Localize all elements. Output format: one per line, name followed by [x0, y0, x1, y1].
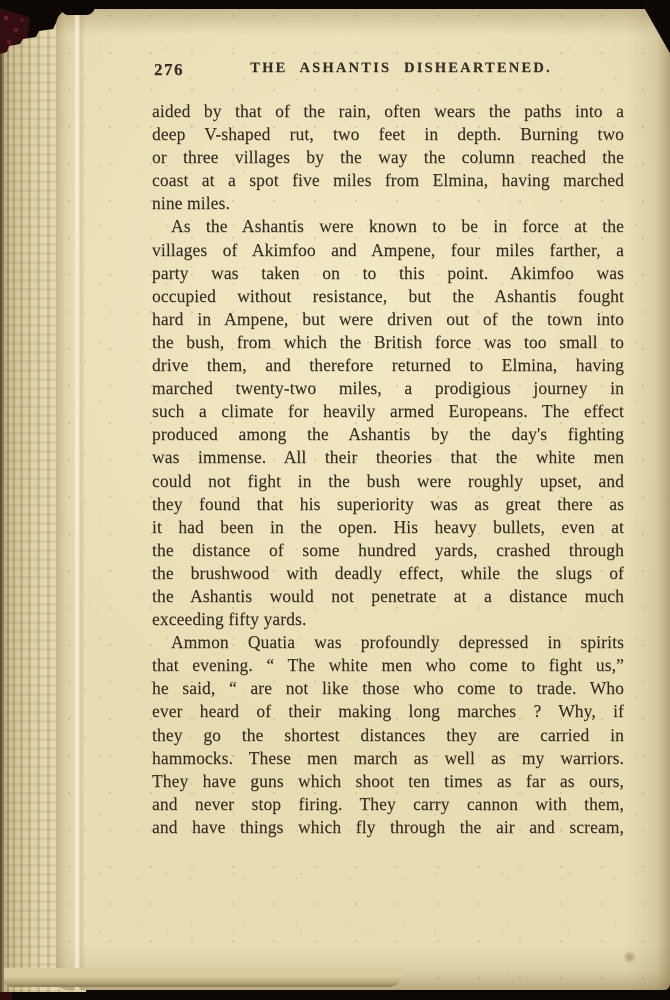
text-line: coast at a spot five miles from Elmina, … [152, 169, 624, 192]
text-line: that evening. “ The white men who come t… [152, 654, 624, 677]
text-line: or three villages by the way the column … [152, 146, 624, 169]
text-line: marched twenty-two miles, a prodigious j… [152, 377, 624, 400]
text-line: the distance of some hundred yards, cras… [152, 539, 624, 562]
body-text: aided by that of the rain, often wears t… [152, 100, 624, 839]
text-line: occupied without resistance, but the Ash… [152, 285, 624, 308]
text-line: the bush, from which the British force w… [152, 331, 624, 354]
text-line: they go the shortest distances they are … [152, 724, 624, 747]
bottom-page-edges [4, 968, 404, 987]
text-line: produced among the Ashantis by the day's… [152, 423, 624, 446]
scanned-book-photo: 276 THE ASHANTIS DISHEARTENED. aided by … [0, 0, 670, 1000]
text-line: and have things which fly through the ai… [152, 816, 624, 839]
text-line: hammocks. These men march as well as my … [152, 747, 624, 770]
text-line: could not fight in the bush were roughly… [152, 470, 624, 493]
text-line: As the Ashantis were known to be in forc… [152, 215, 624, 238]
page-number: 276 [154, 60, 184, 80]
page-content: 276 THE ASHANTIS DISHEARTENED. aided by … [152, 60, 624, 839]
paragraph: Ammon Quatia was profoundly depressed in… [152, 631, 624, 839]
text-line: nine miles. [152, 192, 624, 215]
text-line: villages of Akimfoo and Ampene, four mil… [152, 239, 624, 262]
text-line: drive them, and therefore returned to El… [152, 354, 624, 377]
text-line: the Ashantis would not penetrate at a di… [152, 585, 624, 608]
text-line: the brushwood with deadly effect, while … [152, 562, 624, 585]
text-line: it had been in the open. His heavy bulle… [152, 516, 624, 539]
text-line: ever heard of their making long marches … [152, 700, 624, 723]
text-line: such a climate for heavily armed Europea… [152, 400, 624, 423]
page-stain [622, 951, 637, 963]
text-line: aided by that of the rain, often wears t… [152, 100, 624, 123]
book-clamp-shadow [62, 0, 95, 15]
text-line: exceeding fifty yards. [152, 608, 624, 631]
paragraph: As the Ashantis were known to be in forc… [152, 215, 624, 631]
text-line: Ammon Quatia was profoundly depressed in… [152, 631, 624, 654]
text-line: they found that his superiority was as g… [152, 493, 624, 516]
paragraph: aided by that of the rain, often wears t… [152, 100, 624, 215]
text-line: he said, “ are not like those who come t… [152, 677, 624, 700]
text-line: and never stop firing. They carry cannon… [152, 793, 624, 816]
running-title: THE ASHANTIS DISHEARTENED. [152, 60, 624, 77]
text-line: party was taken on to this point. Akimfo… [152, 262, 624, 285]
page-header: 276 THE ASHANTIS DISHEARTENED. [152, 60, 624, 80]
text-line: deep V-shaped rut, two feet in depth. Bu… [152, 123, 624, 146]
text-line: They have guns which shoot ten times as … [152, 770, 624, 793]
text-line: hard in Ampene, but were driven out of t… [152, 308, 624, 331]
text-line: was immense. All their theories that the… [152, 446, 624, 469]
